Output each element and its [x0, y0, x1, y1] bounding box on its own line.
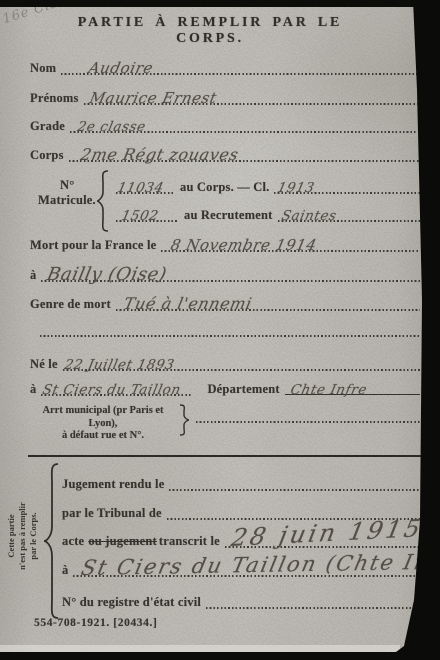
arrondissement-label-line2: à défaut rue et N°.	[30, 430, 176, 443]
genre-mort-line: Tué à l'ennemi	[114, 292, 420, 312]
ne-lieu-label: à	[30, 382, 39, 397]
field-arrondissement	[194, 404, 420, 424]
au-corps-label: au Corps. — Cl.	[174, 180, 272, 195]
prenoms-value: Maurice Ernest	[88, 89, 219, 107]
scanned-military-death-form: 16e Cie PARTIE À REMPLIR PAR LE CORPS. N…	[0, 0, 440, 660]
grade-line: 2e classe	[68, 114, 420, 134]
transcrit-lieu-line: St Ciers du Taillon (Chte Inf)	[71, 558, 420, 578]
prenoms-label: Prénoms	[30, 91, 82, 106]
transcrit-label-prefix: acte	[62, 534, 87, 549]
classe-value: 1913	[276, 180, 316, 196]
transcrit-lieu-value: St Ciers du Taillon (Chte Inf)	[79, 550, 440, 580]
printer-imprint: 554-708-1921. [20434.]	[34, 617, 157, 629]
matricule-brace	[95, 170, 111, 232]
classe-line: 1913	[272, 175, 420, 195]
mort-lieu-label: à	[30, 268, 39, 283]
matricule-corps-line: 11034	[114, 175, 174, 195]
matricule-corps-value: 11034	[116, 180, 165, 196]
ne-le-label: Né le	[30, 357, 61, 372]
ne-le-line: 22 Juillet 1893	[61, 352, 420, 372]
field-corps: Corps 2me Régt zouaves	[30, 143, 420, 163]
arrondissement-brace	[178, 404, 190, 436]
field-mort-le: Mort pour la France le 8 Novembre 1914	[30, 233, 420, 253]
mort-le-line: 8 Novembre 1914	[159, 233, 420, 253]
field-transcrit: acte ou jugement transcrit le 28 juin 19…	[62, 529, 420, 549]
registre-line	[204, 590, 420, 610]
field-jugement: Jugement rendu le	[62, 472, 420, 492]
field-grade: Grade 2e classe	[30, 114, 420, 134]
mort-le-value: 8 Novembre 1914	[169, 236, 318, 254]
departement-label: Département	[191, 382, 282, 397]
ne-lieu-value: St Ciers du Taillon	[41, 382, 182, 398]
scan-edge-top	[0, 0, 440, 7]
corps-value: 2me Régt zouaves	[79, 145, 240, 164]
grade-label: Grade	[30, 119, 68, 134]
side-note: Cette partie n'est pas à remplir par le …	[6, 462, 40, 610]
field-prenoms: Prénoms Maurice Ernest	[30, 86, 420, 106]
mort-le-label: Mort pour la France le	[30, 238, 159, 253]
mort-lieu-value: Bailly (Oise)	[45, 264, 169, 285]
corps-line: 2me Régt zouaves	[67, 143, 420, 163]
section-divider	[28, 455, 422, 457]
ne-lieu-line: St Ciers du Taillon	[39, 377, 191, 397]
au-recrutement-label: au Recrutement	[178, 208, 276, 223]
field-nom: Nom Audoire	[30, 56, 420, 76]
matricule-label-line1: N°	[60, 178, 77, 193]
field-ne-lieu: à St Ciers du Taillon Département Chte I…	[30, 377, 420, 397]
matricule-recrutement-line: 1502	[114, 203, 178, 223]
mort-lieu-line: Bailly (Oise)	[39, 263, 420, 283]
recrutement-value: Saintes	[280, 208, 338, 224]
field-ne-le: Né le 22 Juillet 1893	[30, 352, 420, 372]
matricule-label-line2: Matricule.	[38, 193, 99, 208]
tribunal-label: par le Tribunal de	[62, 506, 165, 521]
blank-line-fill	[38, 318, 420, 338]
etat-civil-brace	[42, 462, 62, 620]
arrondissement-label-line1: Arrt municipal (pr Paris et Lyon),	[30, 405, 176, 430]
departement-value: Chte Infre	[289, 382, 369, 398]
prenoms-line: Maurice Ernest	[82, 86, 420, 106]
jugement-line	[167, 472, 420, 492]
grade-value: 2e classe	[76, 119, 147, 135]
field-mort-lieu: à Bailly (Oise)	[30, 263, 420, 283]
jugement-label: Jugement rendu le	[62, 477, 167, 492]
side-note-line3: par le Corps.	[28, 462, 39, 610]
genre-mort-label: Genre de mort	[30, 297, 114, 312]
genre-mort-value: Tué à l'ennemi	[122, 294, 254, 313]
nom-label: Nom	[30, 61, 59, 76]
transcrit-label-struck: ou jugement	[87, 534, 159, 549]
field-matricule-recrutement: 1502 au Recrutement Saintes	[114, 203, 420, 223]
nom-value: Audoire	[87, 59, 155, 77]
field-transcrit-lieu: à St Ciers du Taillon (Chte Inf)	[62, 558, 420, 578]
matricule-recrutement-value: 1502	[120, 208, 160, 224]
nom-line: Audoire	[59, 56, 420, 76]
corps-label: Corps	[30, 148, 67, 163]
arrondissement-label: Arrt municipal (pr Paris et Lyon), à déf…	[30, 405, 176, 443]
side-note-line2: n'est pas à remplir	[17, 462, 28, 610]
ne-le-value: 22 Juillet 1893	[63, 357, 176, 373]
field-matricule-corps: 11034 au Corps. — Cl. 1913	[114, 175, 420, 195]
paper-bottom-edge	[0, 645, 400, 652]
transcrit-label-suffix: transcrit le	[159, 534, 223, 549]
departement-line: Chte Infre	[283, 377, 420, 397]
recrutement-line: Saintes	[276, 203, 420, 223]
field-registre: N° du registre d'état civil	[62, 590, 420, 610]
registre-label: N° du registre d'état civil	[62, 595, 204, 610]
transcrit-lieu-label: à	[62, 563, 71, 578]
arrondissement-line	[194, 404, 420, 424]
field-genre-mort: Genre de mort Tué à l'ennemi	[30, 292, 420, 312]
transcrit-line: 28 juin 1915	[223, 529, 420, 549]
form-title: PARTIE À REMPLIR PAR LE CORPS.	[40, 15, 380, 47]
side-note-line1: Cette partie	[6, 462, 17, 610]
blank-line	[38, 318, 420, 338]
